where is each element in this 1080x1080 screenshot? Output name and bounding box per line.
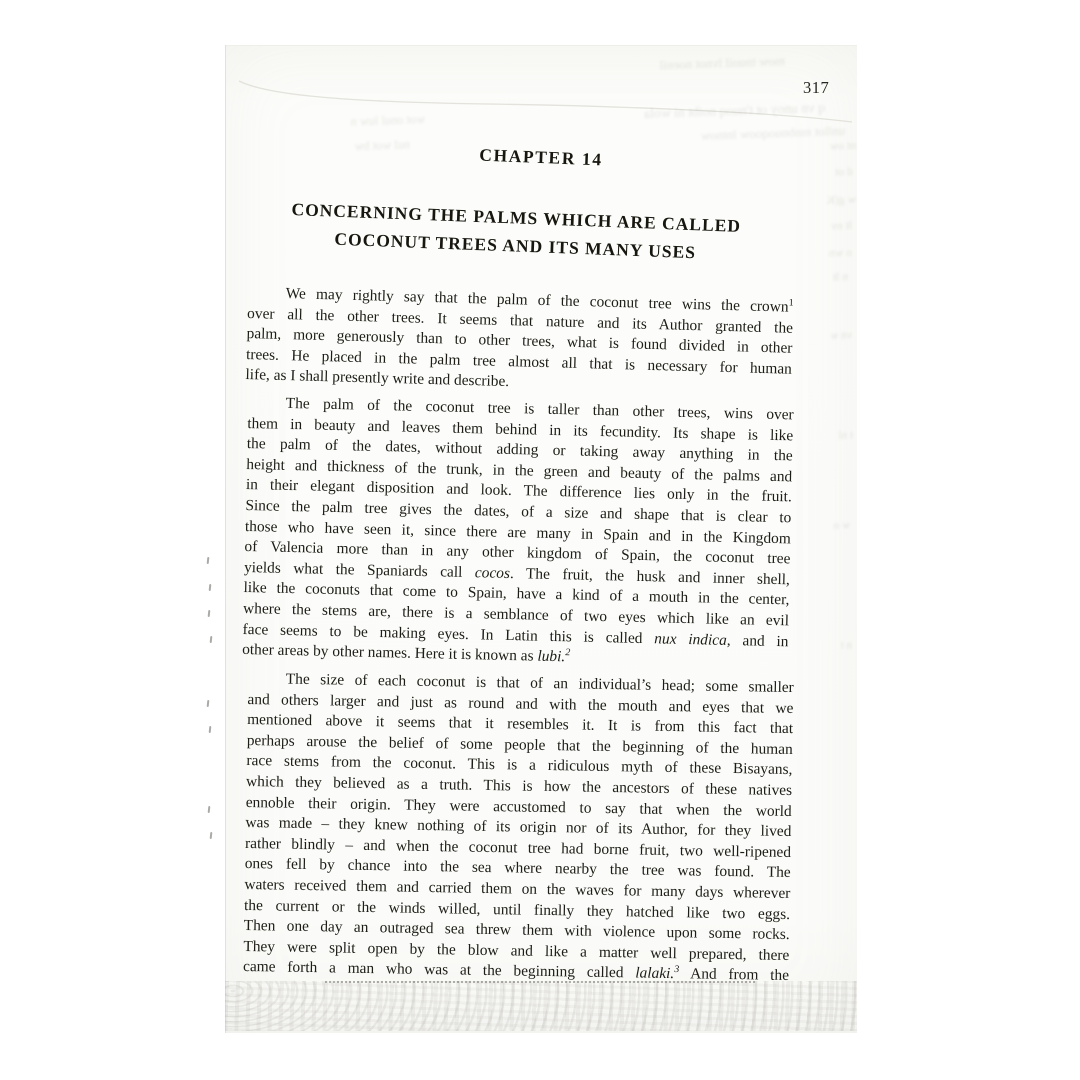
text-segment: nux indica [654,630,727,649]
paragraph: The size of each coconut is that of an i… [243,669,794,987]
gutter-speck-artifact [207,700,210,707]
gutter-speck-artifact [210,832,213,839]
paragraph: The palm of the coconut tree is taller t… [242,393,794,673]
chapter-title: CONCERNING THE PALMS WHICH ARE CALLED CO… [235,193,797,270]
page-number: 317 [803,78,829,98]
text-segment: yields what the Spaniards call [244,559,475,581]
page-scan: 317 CHAPTER 14 CONCERNING THE PALMS WHIC… [225,45,857,1033]
footnote-marker: 2 [565,648,570,659]
text-segment: , and in [727,632,789,650]
gutter-speck-artifact [210,636,213,643]
scan-noise-dots [325,981,755,983]
gutter-speck-artifact [209,726,212,733]
text-segment: other areas by other names. Here it is k… [242,642,538,666]
gutter-speck-artifact [209,584,212,591]
scanned-book-page-image: 317 CHAPTER 14 CONCERNING THE PALMS WHIC… [0,0,1080,1080]
chapter-heading: CHAPTER 14 [225,134,857,180]
gutter-speck-artifact [208,806,211,813]
text-segment: lalaki. [635,964,674,982]
footnote-marker: 1 [789,298,794,309]
gutter-speck-artifact [208,610,211,617]
text-segment: cocos [475,564,510,582]
scan-noise-band [225,981,857,1031]
body-text: We may rightly say that the palm of the … [248,283,794,985]
text-segment: lubi. [537,648,565,666]
paragraph: We may rightly say that the palm of the … [245,283,794,401]
gutter-speck-artifact [207,557,210,564]
